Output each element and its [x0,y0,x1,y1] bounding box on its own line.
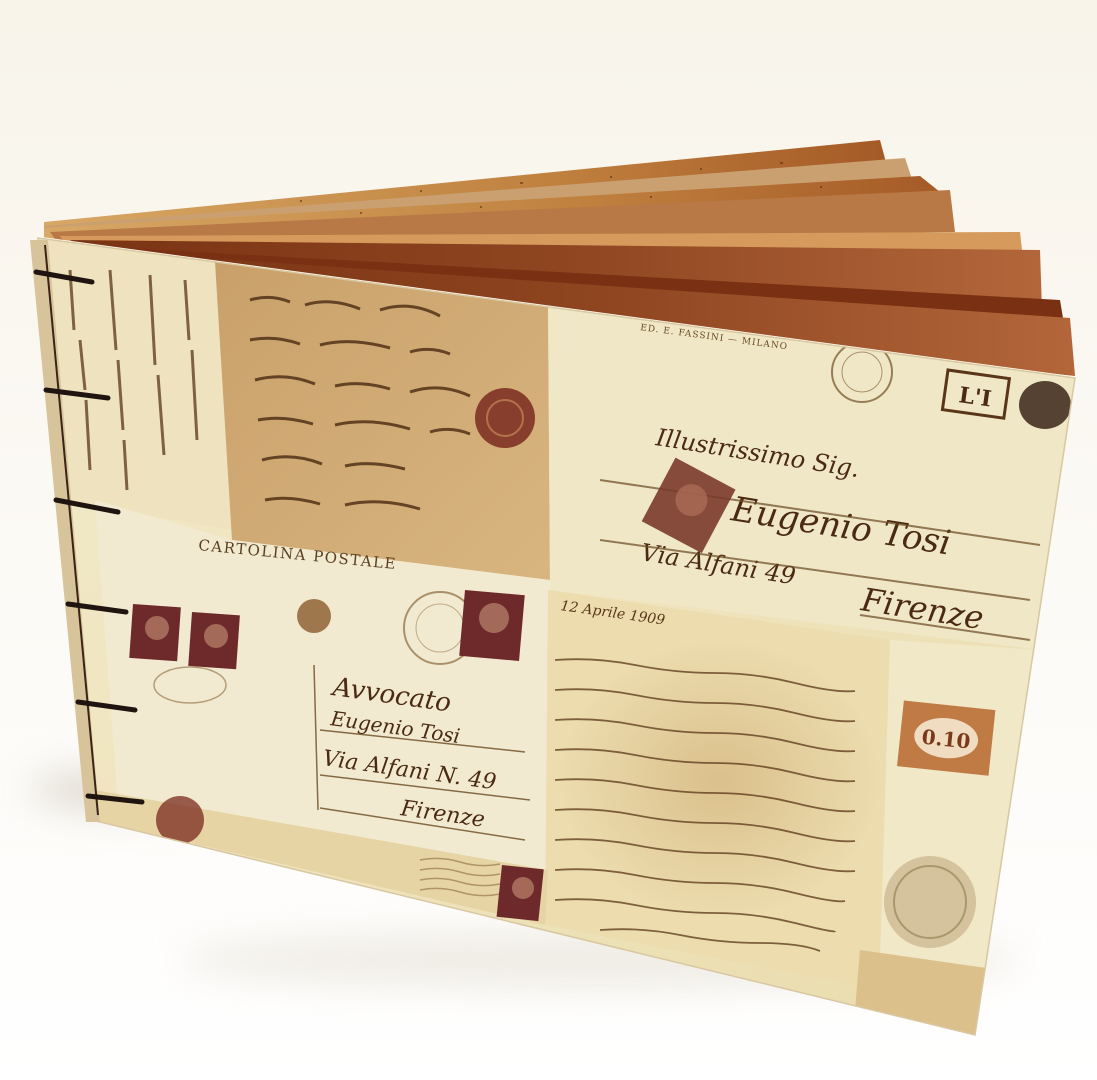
seal-right-icon [884,856,976,948]
dark-stain [1019,381,1071,429]
wax-seal-icon [475,388,535,448]
stamp-portrait-4 [497,865,544,921]
stamp-value: 0.10 [897,700,995,775]
stamp-portrait-2 [188,612,240,669]
stamp-portrait-1 [129,604,181,661]
book-photo: ED. E. FASSINI — MILANO L'I Illustrissim… [0,0,1097,1080]
svg-text:0.10: 0.10 [921,725,972,754]
corner-stamp-mark: L'I [957,382,993,412]
crest-icon [297,599,331,633]
stamp-portrait-3 [459,590,525,661]
